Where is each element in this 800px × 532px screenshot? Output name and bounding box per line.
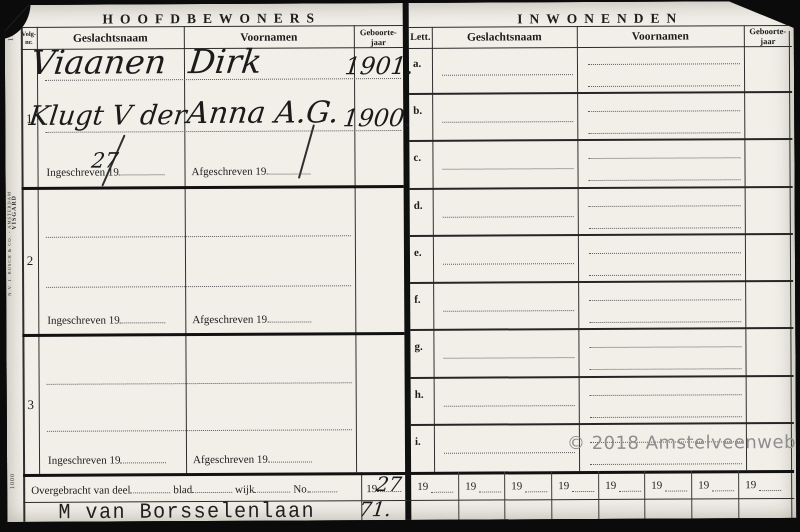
row-letter: a. [413,58,421,70]
writing-line [590,416,742,418]
writing-line [47,429,352,432]
table-left-border [21,27,26,522]
afgeschreven-label: Afgeschreven 19 [192,310,311,326]
inwonenden-row-separator [409,138,792,142]
fill-in-line [525,480,547,492]
col-header-geslachtsnaam-inw: Geslachtsnaam [432,31,577,44]
writing-line [46,235,351,238]
writing-line [590,394,742,396]
writing-line [588,85,740,87]
writing-line [443,310,574,312]
fill-in-line [665,480,687,492]
writing-line [589,227,741,229]
year-cell: 19 [691,470,739,518]
ingeschreven-text: Ingeschreven 19 [47,314,119,326]
row-letter: d. [414,200,423,212]
writing-line [589,347,741,349]
writing-line [590,369,742,371]
row-letter: c. [413,152,421,164]
print-run-code: 1000 [10,473,16,489]
fill-in-line [431,481,453,493]
afgeschreven-label: Afgeschreven 19 [193,450,312,466]
writing-line [442,121,573,123]
street-stamp: M van Borsselenlaan [49,499,324,525]
writing-line [589,321,741,323]
col-header-geboortejaar-inw-line2: jaar [744,37,792,47]
inwonenden-row-separator [410,186,793,190]
writing-line [588,158,740,160]
column-rule [354,25,357,472]
year-prefix: 19 [511,480,522,492]
house-number-handwritten: 71. [358,499,392,519]
afgeschreven-text: Afgeschreven 19 [193,454,268,466]
block-separator [22,332,404,337]
writing-line [589,205,741,207]
entry-geboortejaar: 1901. [344,54,416,78]
year-cell: 19 [504,471,552,519]
year-cell: 19 [738,470,795,518]
section-divider [403,3,412,520]
ingeschreven-label: Ingeschreven 19 [48,451,166,467]
year-prefix: 19 [465,481,476,493]
year-prefix: 19 [745,479,756,491]
year-cell: 19 [411,472,458,520]
ingeschreven-text: Ingeschreven 19 [48,454,120,466]
writing-line [443,263,574,265]
entry-geboortejaar: 1900. [342,106,414,130]
fill-in-line [619,480,641,492]
fill-in-line [759,479,781,491]
year-prefix: 19 [558,480,569,492]
column-rule [184,26,187,473]
entry-voornamen: Anna A.G. [185,98,340,129]
printer-imprint-sub: N.V. J. BUSCH & CO. - AMSTERDAM [7,191,13,296]
col-header-geboortejaar: Geboorte- jaar [354,28,403,48]
fill-in-line [120,311,166,323]
inwonenden-row-separator [410,233,793,237]
fill-in-line [266,162,310,174]
writing-line [443,169,574,171]
writing-line [589,180,741,182]
inwonenden-row-separator [410,280,793,284]
overgebracht-label: Overgebracht van deel [31,484,130,497]
ingeschreven-year-value: 27 [90,150,119,171]
row-letter: b. [413,105,422,117]
ingeschreven-label: Ingeschreven 19 [47,311,165,327]
col-header-voornamen-inw: Voornamen [577,30,744,43]
inwonenden-row-separator [410,327,793,331]
writing-line [589,252,741,254]
inwonenden-rows: a.b.c.d.e.f.g.h.i. [5,1,794,5]
overgebracht-row: Overgebracht van deel blad wijk No. [31,480,337,497]
col-header-geboortejaar-line2: jaar [354,38,403,48]
year-cell: 19 [598,471,645,519]
writing-line [442,74,573,76]
fill-in-line [572,480,594,492]
printer-imprint: VISGARD [12,195,18,230]
afgeschreven-label: Afgeschreven 19 [191,162,310,178]
writing-line [588,132,740,134]
fill-in-line [120,451,166,463]
writing-line [443,216,574,218]
year-value-handwritten: 27 [375,474,403,494]
afgeschreven-text: Afgeschreven 19 [192,314,267,326]
watermark: © 2018 Amstelveenweb.com [567,432,800,454]
year-cells: 1919191919191919 [5,1,794,5]
afgeschreven-text: Afgeschreven 19 [191,166,266,178]
entry-geslachtsnaam: Klugt V der [28,102,188,130]
fill-in-line [131,481,171,493]
writing-line [590,463,742,465]
register-card: 11287 VISGARD N.V. J. BUSCH & CO. - AMST… [5,1,797,522]
year-cell: 19 [458,471,505,519]
fill-in-line [712,479,734,491]
block-number: 3 [23,397,39,413]
fill-in-line [119,163,165,175]
row-letter: g. [414,341,422,353]
block-number: 2 [22,253,38,269]
block-separator [22,185,404,190]
col-header-geboortejaar-inw: Geboorte- jaar [744,27,792,47]
writing-line [444,452,575,454]
inwonenden-row-separator [411,374,794,378]
no-label: No. [293,483,309,495]
entry-voornamen: Dirk [187,45,264,78]
year-prefix: 19 [651,480,662,492]
writing-line [589,274,741,276]
year-cell: 19 [551,471,599,519]
fill-in-line [267,310,311,322]
blad-label: blad [173,484,192,496]
year-prefix: 19 [698,479,709,491]
writing-line [588,63,740,65]
fill-in-line [479,480,501,492]
wijk-label: wijk [235,484,255,496]
year-prefix: 19 [605,480,616,492]
fill-in-line [192,481,232,493]
fill-in-line [309,480,337,492]
row-letter: i. [415,436,421,448]
year-prefix: 19 [417,481,428,493]
inwonenden-row-separator [411,422,794,426]
col-header-lett: Lett. [409,32,432,43]
inwonenden-row-separator [409,91,792,95]
writing-line [444,357,575,359]
writing-line [444,405,575,407]
fill-in-line [255,481,291,493]
fill-in-line [268,450,312,462]
writing-line [47,382,352,385]
year-cell: 19 [644,470,692,518]
divider-line [409,46,792,49]
writing-line [588,110,740,112]
writing-line [589,299,741,301]
row-letter: h. [415,388,424,400]
entry-geslachtsnaam: Viaanen [29,45,168,79]
row-letter: e. [414,247,422,259]
row-letter: f. [414,294,420,306]
writing-line [46,285,351,288]
